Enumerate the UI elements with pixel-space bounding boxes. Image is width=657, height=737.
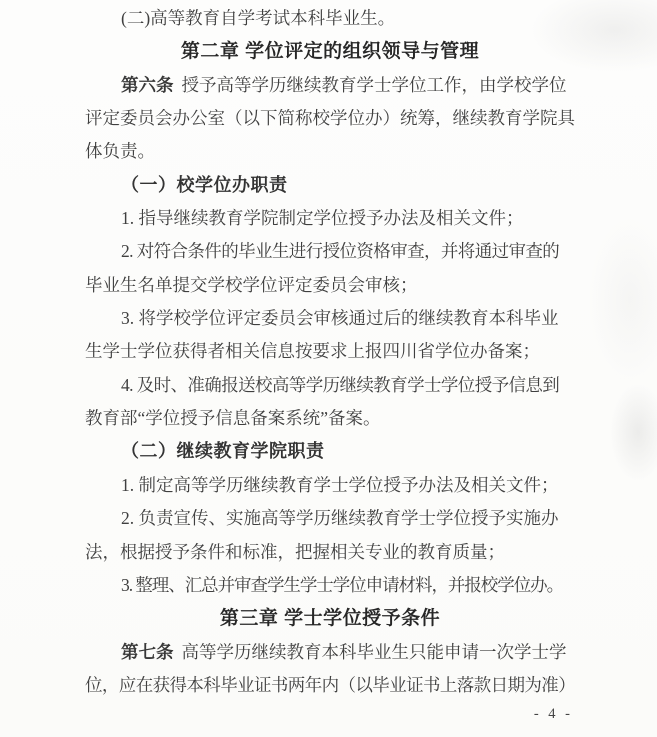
scanned-document-page: (二)高等教育自学考试本科毕业生。 第二章 学位评定的组织领导与管理 第六条授予…: [0, 0, 657, 737]
section-subheading: （一）校学位办职责: [85, 169, 575, 202]
text-run: 授予高等学历继续教育学士学位工作，由学校学位: [182, 75, 567, 95]
page-number: - 4 -: [534, 706, 573, 723]
text-line: 第六条授予高等学历继续教育学士学位工作，由学校学位: [85, 69, 575, 102]
chapter-heading: 第三章 学士学位授予条件: [85, 602, 575, 635]
document-body: (二)高等教育自学考试本科毕业生。 第二章 学位评定的组织领导与管理 第六条授予…: [85, 2, 575, 702]
text-line: 毕业生名单提交学校学位评定委员会审核；: [85, 269, 575, 302]
text-line: 3. 整理、汇总并审查学生学士学位申请材料，并报校学位办。: [85, 569, 575, 602]
text-line: 教育部“学位授予信息备案系统”备案。: [85, 402, 575, 435]
text-line: 1. 制定高等学历继续教育学士学位授予办法及相关文件；: [85, 469, 575, 502]
article-number: 第七条: [121, 642, 174, 662]
text-line: 位，应在获得本科毕业证书两年内（以毕业证书上落款日期为准）: [85, 669, 575, 702]
text-line: 生学士学位获得者相关信息按要求上报四川省学位办备案；: [85, 335, 575, 368]
text-line: 第七条高等学历继续教育本科毕业生只能申请一次学士学: [85, 636, 575, 669]
text-line: 4. 及时、准确报送校高等学历继续教育学士学位授予信息到: [85, 369, 575, 402]
section-subheading: （二）继续教育学院职责: [85, 435, 575, 468]
chapter-heading: 第二章 学位评定的组织领导与管理: [85, 35, 575, 68]
text-line: 法，根据授予条件和标准，把握相关专业的教育质量；: [85, 536, 575, 569]
text-line: 3. 将学校学位评定委员会审核通过后的继续教育本科毕业: [85, 302, 575, 335]
text-line: 2. 对符合条件的毕业生进行授位资格审查，并将通过审查的: [85, 235, 575, 268]
text-line: 评定委员会办公室（以下简称校学位办）统筹，继续教育学院具: [85, 102, 575, 135]
text-run: 高等学历继续教育本科毕业生只能申请一次学士学: [182, 642, 567, 662]
text-line: 1. 指导继续教育学院制定学位授予办法及相关文件；: [85, 202, 575, 235]
text-line: 体负责。: [85, 135, 575, 168]
text-line: 2. 负责宣传、实施高等学历继续教育学士学位授予实施办: [85, 502, 575, 535]
article-number: 第六条: [121, 75, 174, 95]
text-line: (二)高等教育自学考试本科毕业生。: [85, 2, 575, 35]
